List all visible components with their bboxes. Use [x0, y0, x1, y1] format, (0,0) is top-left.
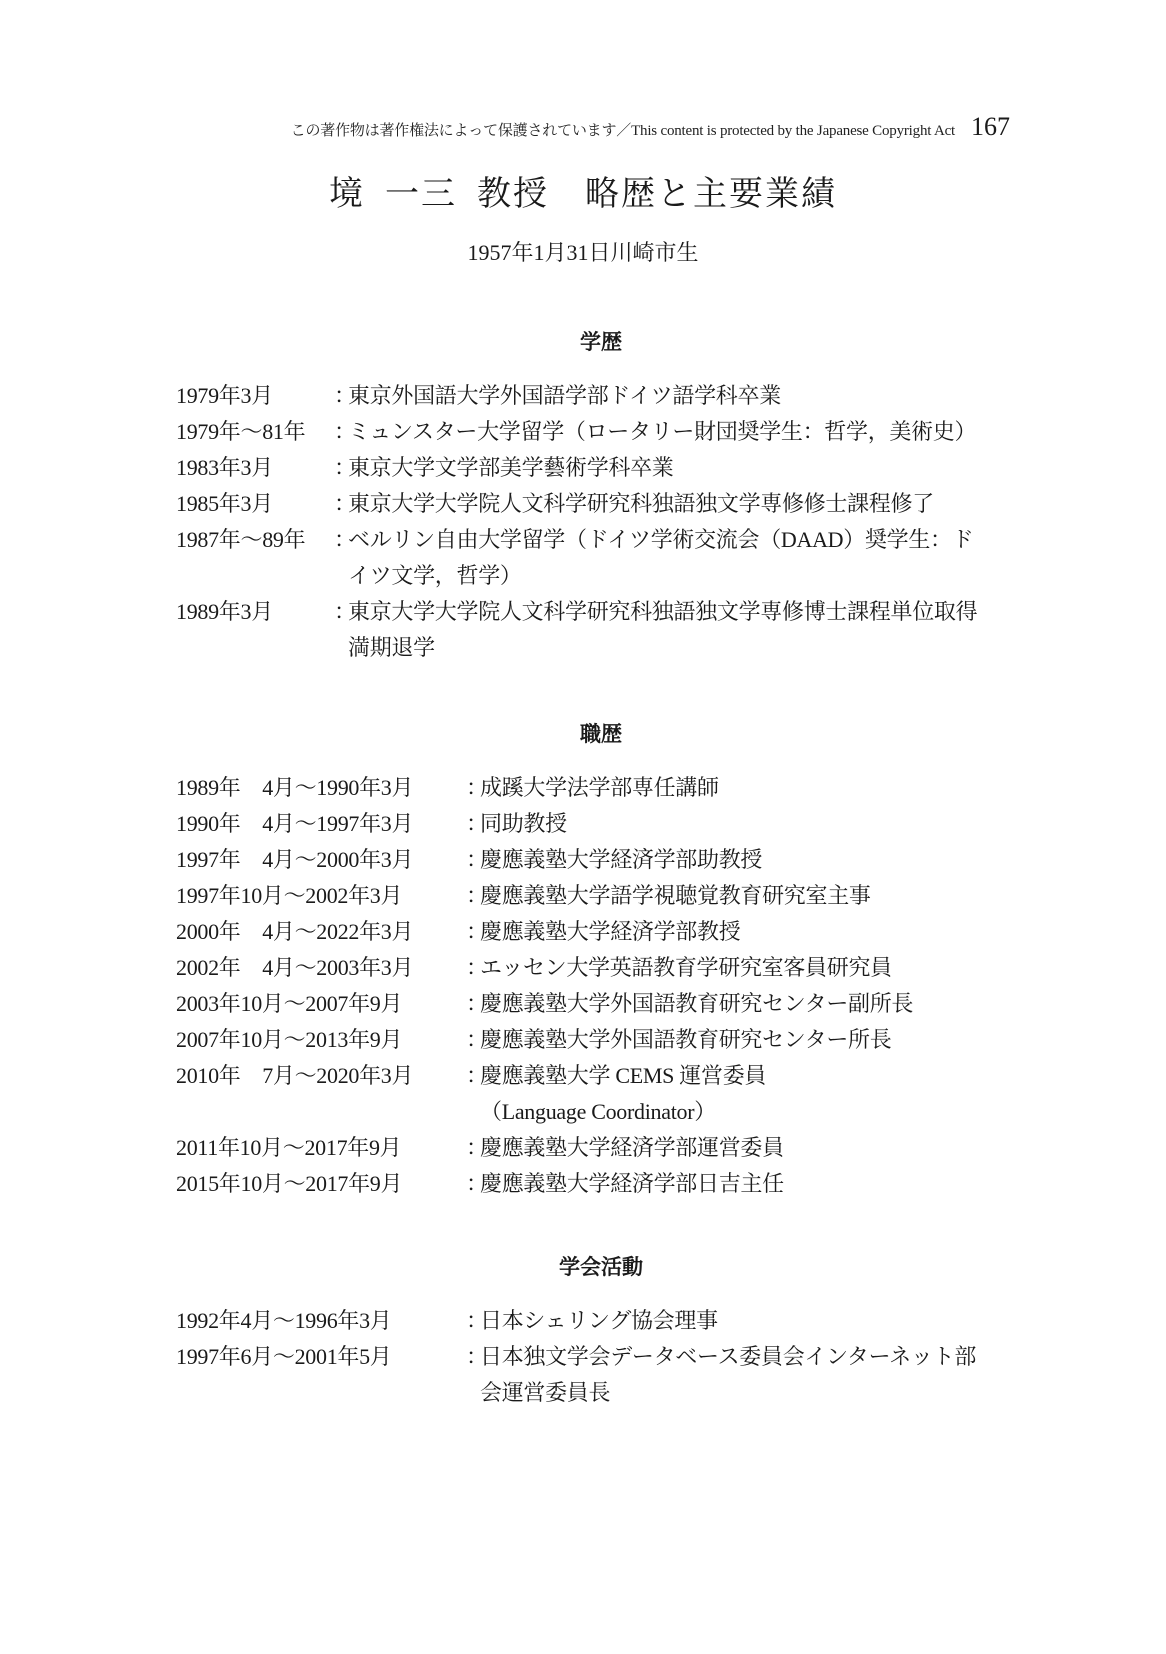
title-subtitle: 略歴と主要業績 — [585, 174, 837, 214]
list-item: 1989年 4月～1990年3月 ： 成蹊大学法学部専任講師 — [176, 770, 1036, 806]
entry-description: 慶應義塾大学外国語教育研究センター副所長 — [480, 986, 980, 1022]
entry-description: 同助教授 — [480, 806, 980, 842]
entry-separator: ： — [466, 1058, 480, 1130]
list-item: 1997年10月～2002年3月 ： 慶應義塾大学語学視聴覚教育研究室主事 — [176, 878, 1036, 914]
entry-date: 1997年10月～2002年3月 — [176, 878, 466, 914]
entry-description: 成蹊大学法学部専任講師 — [480, 770, 980, 806]
list-item: 2015年10月～2017年9月 ： 慶應義塾大学経済学部日吉主任 — [176, 1166, 1036, 1202]
entry-date: 2010年 7月～2020年3月 — [176, 1058, 466, 1130]
entry-date: 2015年10月～2017年9月 — [176, 1166, 466, 1202]
entry-separator: ： — [466, 1130, 480, 1166]
entry-description: 東京大学文学部美学藝術学科卒業 — [348, 450, 988, 486]
entry-date: 1992年4月～1996年3月 — [176, 1303, 466, 1339]
entry-separator: ： — [334, 486, 348, 522]
page-title: 境一三教授略歴と主要業績 — [0, 166, 1166, 215]
entry-separator: ： — [466, 1022, 480, 1058]
list-item: 1997年 4月～2000年3月 ： 慶應義塾大学経済学部助教授 — [176, 842, 1036, 878]
entry-description: 慶應義塾大学経済学部教授 — [480, 914, 980, 950]
list-item: 1983年3月 ： 東京大学文学部美学藝術学科卒業 — [176, 450, 1036, 486]
title-rank: 教授 — [477, 174, 549, 214]
entry-separator: ： — [466, 806, 480, 842]
entry-description: ベルリン自由大学留学（ドイツ学術交流会（DAAD）奨学生：ドイツ文学，哲学） — [348, 522, 988, 594]
entry-separator: ： — [334, 378, 348, 414]
entry-separator: ： — [334, 414, 348, 450]
entry-description: 慶應義塾大学外国語教育研究センター所長 — [480, 1022, 980, 1058]
list-item: 2000年 4月～2022年3月 ： 慶應義塾大学経済学部教授 — [176, 914, 1036, 950]
entry-date: 1989年3月 — [176, 594, 334, 666]
list-item: 1989年3月 ： 東京大学大学院人文科学研究科独語独文学専修博士課程単位取得満… — [176, 594, 1036, 666]
entry-description: 慶應義塾大学 CEMS 運営委員（Language Coordinator） — [480, 1058, 780, 1130]
entry-description: 慶應義塾大学経済学部助教授 — [480, 842, 980, 878]
entry-separator: ： — [466, 1303, 480, 1339]
list-item: 1997年6月～2001年5月 ： 日本独文学会データベース委員会インターネット… — [176, 1339, 1036, 1411]
entry-date: 2002年 4月～2003年3月 — [176, 950, 466, 986]
entry-description: ミュンスター大学留学（ロータリー財団奨学生：哲学，美術史） — [348, 414, 988, 450]
birth-info: 1957年1月31日川崎市生 — [0, 236, 1166, 267]
entry-separator: ： — [466, 986, 480, 1022]
list-item: 2011年10月～2017年9月 ： 慶應義塾大学経済学部運営委員 — [176, 1130, 1036, 1166]
entry-separator: ： — [334, 594, 348, 666]
entry-date: 1997年6月～2001年5月 — [176, 1339, 466, 1411]
society-heading: 学会活動 — [176, 1251, 1026, 1281]
entry-date: 2011年10月～2017年9月 — [176, 1130, 466, 1166]
entry-date: 2000年 4月～2022年3月 — [176, 914, 466, 950]
entry-separator: ： — [466, 842, 480, 878]
entry-date: 1979年～81年 — [176, 414, 334, 450]
entry-description: 日本独文学会データベース委員会インターネット部会運営委員長 — [480, 1339, 990, 1411]
copyright-notice: この著作物は著作権法によって保護されています／This content is p… — [291, 123, 955, 139]
entry-separator: ： — [466, 878, 480, 914]
entry-separator: ： — [466, 1339, 480, 1411]
entry-date: 2003年10月～2007年9月 — [176, 986, 466, 1022]
list-item: 2007年10月～2013年9月 ： 慶應義塾大学外国語教育研究センター所長 — [176, 1022, 1036, 1058]
list-item: 1979年3月 ： 東京外国語大学外国語学部ドイツ語学科卒業 — [176, 378, 1036, 414]
entry-date: 1979年3月 — [176, 378, 334, 414]
entry-separator: ： — [466, 770, 480, 806]
entry-description: 東京大学大学院人文科学研究科独語独文学専修修士課程修了 — [348, 486, 988, 522]
list-item: 1979年～81年 ： ミュンスター大学留学（ロータリー財団奨学生：哲学，美術史… — [176, 414, 1036, 450]
list-item: 2010年 7月～2020年3月 ： 慶應義塾大学 CEMS 運営委員（Lang… — [176, 1058, 1036, 1130]
list-item: 1985年3月 ： 東京大学大学院人文科学研究科独語独文学専修修士課程修了 — [176, 486, 1036, 522]
entry-description: 慶應義塾大学経済学部日吉主任 — [480, 1166, 980, 1202]
entry-date: 1983年3月 — [176, 450, 334, 486]
entry-separator: ： — [466, 950, 480, 986]
entry-description: 日本シェリング協会理事 — [480, 1303, 990, 1339]
entry-separator: ： — [466, 914, 480, 950]
entry-date: 1985年3月 — [176, 486, 334, 522]
running-header: この著作物は著作権法によって保護されています／This content is p… — [0, 112, 1010, 142]
society-section: 学会活動 1992年4月～1996年3月 ： 日本シェリング協会理事 1997年… — [176, 1251, 1036, 1411]
entry-description: エッセン大学英語教育学研究室客員研究員 — [480, 950, 980, 986]
entry-date: 1990年 4月～1997年3月 — [176, 806, 466, 842]
list-item: 2002年 4月～2003年3月 ： エッセン大学英語教育学研究室客員研究員 — [176, 950, 1036, 986]
entry-description: 東京大学大学院人文科学研究科独語独文学専修博士課程単位取得満期退学 — [348, 594, 988, 666]
title-surname: 境 — [329, 174, 365, 214]
entry-date: 2007年10月～2013年9月 — [176, 1022, 466, 1058]
list-item: 1987年～89年 ： ベルリン自由大学留学（ドイツ学術交流会（DAAD）奨学生… — [176, 522, 1036, 594]
entry-date: 1989年 4月～1990年3月 — [176, 770, 466, 806]
career-section: 職歴 1989年 4月～1990年3月 ： 成蹊大学法学部専任講師 1990年 … — [176, 718, 1036, 1202]
entry-description: 東京外国語大学外国語学部ドイツ語学科卒業 — [348, 378, 988, 414]
title-given-name: 一三 — [385, 174, 457, 214]
entry-description: 慶應義塾大学経済学部運営委員 — [480, 1130, 980, 1166]
entry-separator: ： — [334, 450, 348, 486]
entry-separator: ： — [466, 1166, 480, 1202]
education-heading: 学歴 — [176, 326, 1026, 356]
career-heading: 職歴 — [176, 718, 1026, 748]
entry-date: 1997年 4月～2000年3月 — [176, 842, 466, 878]
entry-separator: ： — [334, 522, 348, 594]
entry-date: 1987年～89年 — [176, 522, 334, 594]
entry-description: 慶應義塾大学語学視聴覚教育研究室主事 — [480, 878, 980, 914]
list-item: 1990年 4月～1997年3月 ： 同助教授 — [176, 806, 1036, 842]
list-item: 2003年10月～2007年9月 ： 慶應義塾大学外国語教育研究センター副所長 — [176, 986, 1036, 1022]
list-item: 1992年4月～1996年3月 ： 日本シェリング協会理事 — [176, 1303, 1036, 1339]
education-section: 学歴 1979年3月 ： 東京外国語大学外国語学部ドイツ語学科卒業 1979年～… — [176, 326, 1036, 666]
page-number: 167 — [971, 112, 1010, 141]
